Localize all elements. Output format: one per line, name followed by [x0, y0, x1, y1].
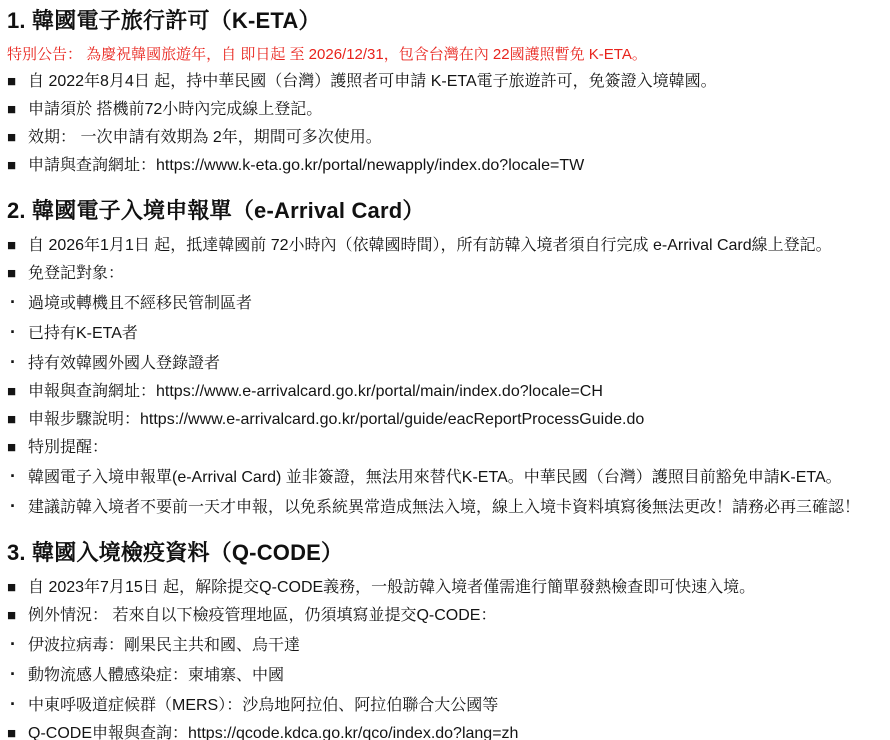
line-text: 自 2023年7月15日 起，解除提交Q-CODE義務，一般訪韓入境者僅需進行簡…: [28, 579, 755, 596]
list-item: ·過境或轉機且不經移民管制區者: [7, 288, 882, 318]
list-item: ■申報步驟說明：https://www.e-arrivalcard.go.kr/…: [7, 406, 882, 434]
line-text: 申報與查詢網址：https://www.e-arrivalcard.go.kr/…: [28, 383, 603, 400]
list-item: ·建議訪韓入境者不要前一天才申報，以免系統異常造成無法入境，線上入境卡資料填寫後…: [7, 492, 882, 522]
list-item: ■自 2023年7月15日 起，解除提交Q-CODE義務，一般訪韓入境者僅需進行…: [7, 574, 882, 602]
list-item: ■申請須於 搭機前72小時內完成線上登記。: [7, 96, 882, 124]
dot-bullet-icon: ·: [7, 630, 28, 658]
square-bullet-icon: ■: [7, 602, 28, 630]
square-bullet-icon: ■: [7, 574, 28, 602]
section-e-arrival-card: 2. 韓國電子入境申報單（e-Arrival Card） ■自 2026年1月1…: [7, 194, 882, 522]
list-item: ·韓國電子入境申報單(e-Arrival Card) 並非簽證，無法用來替代K-…: [7, 462, 882, 492]
list-item: ·中東呼吸道症候群（MERS）：沙烏地阿拉伯、阿拉伯聯合大公國等: [7, 690, 882, 720]
line-text: 申請須於 搭機前72小時內完成線上登記。: [28, 101, 322, 118]
line-text: 效期： 一次申請有效期為 2年，期間可多次使用。: [28, 129, 382, 146]
section-k-eta: 1. 韓國電子旅行許可（K-ETA） 特別公告： 為慶祝韓國旅遊年，自 即日起 …: [7, 4, 882, 180]
square-bullet-icon: ■: [7, 406, 28, 434]
line-text: 特別提醒：: [28, 439, 108, 456]
square-bullet-icon: ■: [7, 378, 28, 406]
line-text: 過境或轉機且不經移民管制區者: [28, 295, 252, 312]
list-item: ·伊波拉病毒：剛果民主共和國、烏干達: [7, 630, 882, 660]
dot-bullet-icon: ·: [7, 288, 28, 316]
line-text: 動物流感人體感染症：柬埔寨、中國: [28, 667, 284, 684]
line-text: 中東呼吸道症候群（MERS）：沙烏地阿拉伯、阿拉伯聯合大公國等: [28, 697, 498, 714]
section-2-title: 2. 韓國電子入境申報單（e-Arrival Card）: [7, 194, 882, 228]
square-bullet-icon: ■: [7, 152, 28, 180]
list-item: ■申報與查詢網址：https://www.e-arrivalcard.go.kr…: [7, 378, 882, 406]
line-text: 申請與查詢網址：https://www.k-eta.go.kr/portal/n…: [28, 157, 584, 174]
dot-bullet-icon: ·: [7, 348, 28, 376]
dot-bullet-icon: ·: [7, 660, 28, 688]
line-text: 伊波拉病毒：剛果民主共和國、烏干達: [28, 637, 300, 654]
list-item: ■特別提醒：: [7, 434, 882, 462]
dot-bullet-icon: ·: [7, 318, 28, 346]
dot-bullet-icon: ·: [7, 690, 28, 718]
square-bullet-icon: ■: [7, 124, 28, 152]
square-bullet-icon: ■: [7, 434, 28, 462]
list-item: ·持有效韓國外國人登錄證者: [7, 348, 882, 378]
line-text: 自 2026年1月1日 起，抵達韓國前 72小時內（依韓國時間），所有訪韓入境者…: [28, 237, 832, 254]
line-text: Q-CODE申報與查詢：https://qcode.kdca.go.kr/qco…: [28, 725, 518, 740]
list-item: ■自 2026年1月1日 起，抵達韓國前 72小時內（依韓國時間），所有訪韓入境…: [7, 232, 882, 260]
line-text: 已持有K-ETA者: [28, 325, 138, 342]
line-text: 建議訪韓入境者不要前一天才申報，以免系統異常造成無法入境，線上入境卡資料填寫後無…: [28, 499, 860, 516]
line-text: 持有效韓國外國人登錄證者: [28, 355, 220, 372]
section-1-title: 1. 韓國電子旅行許可（K-ETA）: [7, 4, 882, 38]
list-item: ■自 2022年8月4日 起，持中華民國（台灣）護照者可申請 K-ETA電子旅遊…: [7, 68, 882, 96]
square-bullet-icon: ■: [7, 68, 28, 96]
dot-bullet-icon: ·: [7, 462, 28, 490]
document-page: 1. 韓國電子旅行許可（K-ETA） 特別公告： 為慶祝韓國旅遊年，自 即日起 …: [0, 0, 890, 740]
line-text: 例外情況： 若來自以下檢疫管理地區，仍須填寫並提交Q-CODE：: [28, 607, 496, 624]
section-q-code: 3. 韓國入境檢疫資料（Q-CODE） ■自 2023年7月15日 起，解除提交…: [7, 536, 882, 740]
list-item: ·已持有K-ETA者: [7, 318, 882, 348]
list-item: ·動物流感人體感染症：柬埔寨、中國: [7, 660, 882, 690]
square-bullet-icon: ■: [7, 260, 28, 288]
list-item: ■申請與查詢網址：https://www.k-eta.go.kr/portal/…: [7, 152, 882, 180]
line-text: 免登記對象：: [28, 265, 124, 282]
dot-bullet-icon: ·: [7, 492, 28, 520]
list-item: ■免登記對象：: [7, 260, 882, 288]
list-item: ■Q-CODE申報與查詢：https://qcode.kdca.go.kr/qc…: [7, 720, 882, 740]
line-text: 申報步驟說明：https://www.e-arrivalcard.go.kr/p…: [28, 411, 644, 428]
special-notice: 特別公告： 為慶祝韓國旅遊年，自 即日起 至 2026/12/31，包含台灣在內…: [7, 42, 882, 68]
section-3-title: 3. 韓國入境檢疫資料（Q-CODE）: [7, 536, 882, 570]
list-item: ■例外情況： 若來自以下檢疫管理地區，仍須填寫並提交Q-CODE：: [7, 602, 882, 630]
list-item: ■效期： 一次申請有效期為 2年，期間可多次使用。: [7, 124, 882, 152]
square-bullet-icon: ■: [7, 96, 28, 124]
line-text: 自 2022年8月4日 起，持中華民國（台灣）護照者可申請 K-ETA電子旅遊許…: [28, 73, 717, 90]
square-bullet-icon: ■: [7, 720, 28, 740]
square-bullet-icon: ■: [7, 232, 28, 260]
line-text: 韓國電子入境申報單(e-Arrival Card) 並非簽證，無法用來替代K-E…: [28, 469, 842, 486]
